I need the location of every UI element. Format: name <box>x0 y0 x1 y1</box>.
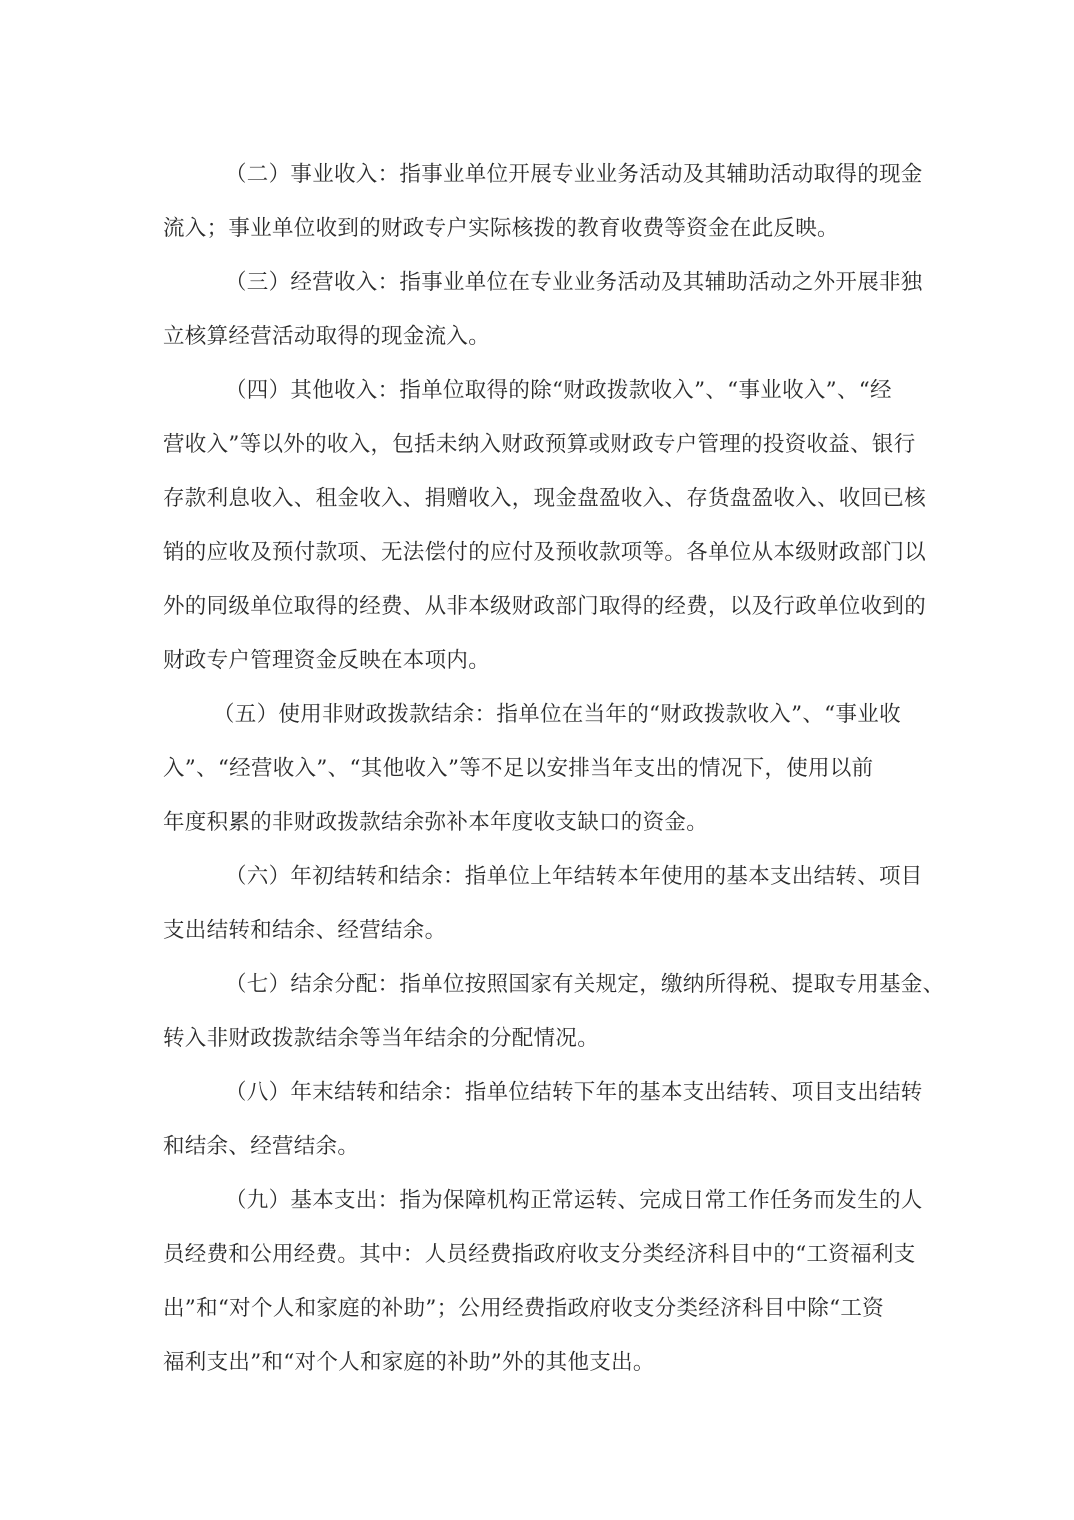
text-line: 存款利息收入、租金收入、捐赠收入，现金盘盈收入、存货盘盈收入、收回已核 <box>163 472 913 526</box>
text-line: 年度积累的非财政拨款结余弥补本年度收支缺口的资金。 <box>163 796 913 850</box>
text-line: （六）年初结转和结余：指单位上年结转本年使用的基本支出结转、项目 <box>163 850 913 904</box>
text-line: （七）结余分配：指单位按照国家有关规定，缴纳所得税、提取专用基金、 <box>163 958 913 1012</box>
text-line: （三）经营收入：指事业单位在专业业务活动及其辅助活动之外开展非独 <box>163 256 913 310</box>
text-line: 出”和“对个人和家庭的补助”；公用经费指政府收支分类经济科目中除“工资 <box>163 1282 913 1336</box>
paragraph-basic-expenditure: （九）基本支出：指为保障机构正常运转、完成日常工作任务而发生的人 员经费和公用经… <box>163 1174 913 1390</box>
text-line: 福利支出”和“对个人和家庭的补助”外的其他支出。 <box>163 1336 913 1390</box>
text-line: （九）基本支出：指为保障机构正常运转、完成日常工作任务而发生的人 <box>163 1174 913 1228</box>
text-line: 入”、“经营收入”、“其他收入”等不足以安排当年支出的情况下，使用以前 <box>163 742 913 796</box>
text-line: 转入非财政拨款结余等当年结余的分配情况。 <box>163 1012 913 1066</box>
paragraph-other-income: （四）其他收入：指单位取得的除“财政拨款收入”、“事业收入”、“经 营收入”等以… <box>163 364 913 688</box>
paragraph-surplus-distribution: （七）结余分配：指单位按照国家有关规定，缴纳所得税、提取专用基金、 转入非财政拨… <box>163 958 913 1066</box>
text-line: 立核算经营活动取得的现金流入。 <box>163 310 913 364</box>
text-line: 销的应收及预付款项、无法偿付的应付及预收款项等。各单位从本级财政部门以 <box>163 526 913 580</box>
text-line: 支出结转和结余、经营结余。 <box>163 904 913 958</box>
paragraph-year-end-carryover: （八）年末结转和结余：指单位结转下年的基本支出结转、项目支出结转 和结余、经营结… <box>163 1066 913 1174</box>
text-line: （五）使用非财政拨款结余：指单位在当年的“财政拨款收入”、“事业收 <box>163 688 913 742</box>
paragraph-non-fiscal-balance: （五）使用非财政拨款结余：指单位在当年的“财政拨款收入”、“事业收 入”、“经营… <box>163 688 913 850</box>
text-line: 财政专户管理资金反映在本项内。 <box>163 634 913 688</box>
text-line: 员经费和公用经费。其中：人员经费指政府收支分类经济科目中的“工资福利支 <box>163 1228 913 1282</box>
text-line: 和结余、经营结余。 <box>163 1120 913 1174</box>
paragraph-business-income: （二）事业收入：指事业单位开展专业业务活动及其辅助活动取得的现金 流入；事业单位… <box>163 148 913 256</box>
paragraph-operating-income: （三）经营收入：指事业单位在专业业务活动及其辅助活动之外开展非独 立核算经营活动… <box>163 256 913 364</box>
text-line: 营收入”等以外的收入，包括未纳入财政预算或财政专户管理的投资收益、银行 <box>163 418 913 472</box>
paragraph-beginning-carryover: （六）年初结转和结余：指单位上年结转本年使用的基本支出结转、项目 支出结转和结余… <box>163 850 913 958</box>
text-line: 流入；事业单位收到的财政专户实际核拨的教育收费等资金在此反映。 <box>163 202 913 256</box>
text-line: （二）事业收入：指事业单位开展专业业务活动及其辅助活动取得的现金 <box>163 148 913 202</box>
text-line: （八）年末结转和结余：指单位结转下年的基本支出结转、项目支出结转 <box>163 1066 913 1120</box>
document-page: （二）事业收入：指事业单位开展专业业务活动及其辅助活动取得的现金 流入；事业单位… <box>163 148 913 1390</box>
text-line: 外的同级单位取得的经费、从非本级财政部门取得的经费，以及行政单位收到的 <box>163 580 913 634</box>
text-line: （四）其他收入：指单位取得的除“财政拨款收入”、“事业收入”、“经 <box>163 364 913 418</box>
